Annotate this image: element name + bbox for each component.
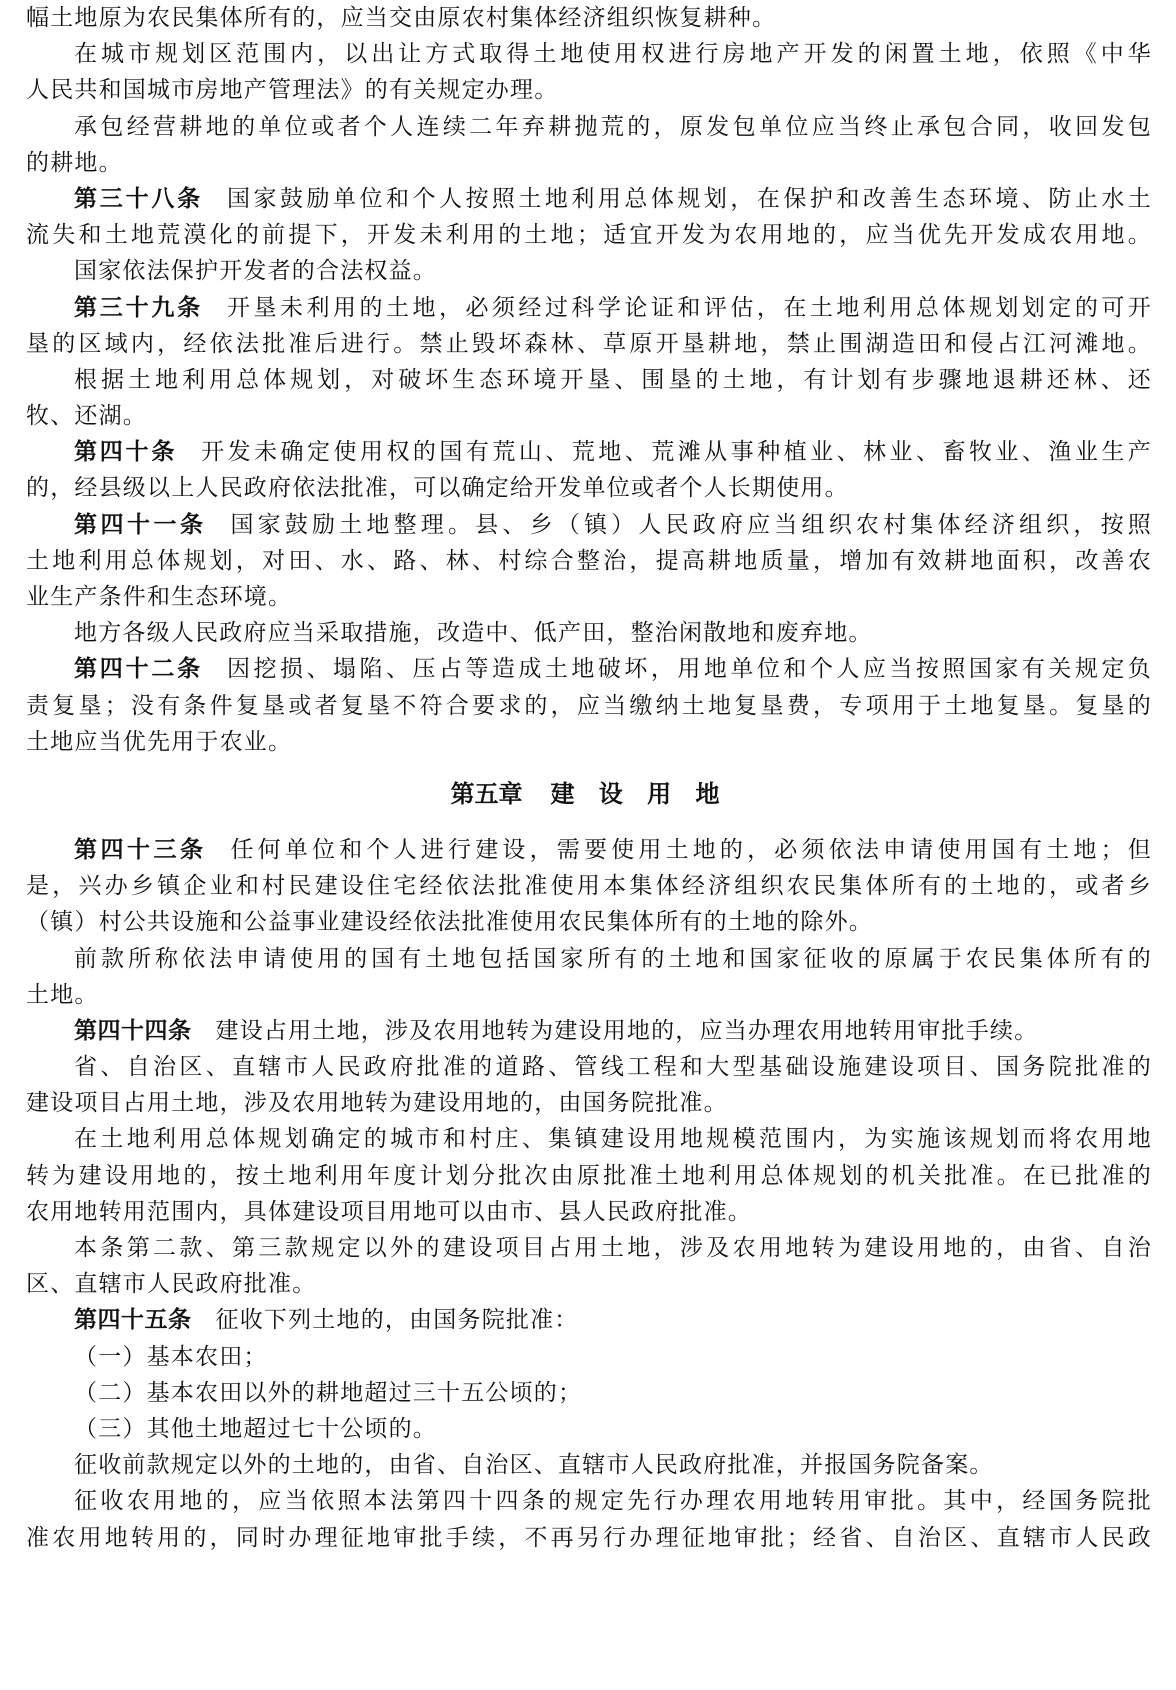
text-line: 在土地利用总体规划确定的城市和村庄、集镇建设用地规模范围内，为实施该规划而将农用… [26, 1121, 1152, 1157]
line-text: 开垦未利用的土地，必须经过科学论证和评估，在土地利用总体规划划定的可开 [227, 295, 1152, 321]
chapter-title: 建 设 用 地 [550, 780, 727, 808]
text-line: （二）基本农田以外的耕地超过三十五公顷的； [26, 1375, 1152, 1411]
line-text: 责复垦；没有条件复垦或者复垦不符合要求的，应当缴纳土地复垦费，专项用于土地复垦。… [26, 693, 1152, 719]
line-text: 的耕地。 [26, 150, 123, 176]
text-line: 土地利用总体规划，对田、水、路、林、村综合整治，提高耕地质量，增加有效耕地面积，… [26, 543, 1152, 579]
text-line: 国家依法保护开发者的合法权益。 [26, 253, 1152, 289]
article-line: 第四十条开发未确定使用权的国有荒山、荒地、荒滩从事种植业、林业、畜牧业、渔业生产 [26, 434, 1152, 470]
text-line: 是，兴办乡镇企业和村民建设住宅经依法批准使用本集体经济组织农民集体所有的土地的，… [26, 868, 1152, 904]
text-line: （一）基本农田； [26, 1339, 1152, 1375]
line-text: 垦的区域内，经依法批准后进行。禁止毁坏森林、草原开垦耕地，禁止围湖造田和侵占江河… [26, 331, 1152, 357]
article-line: 第四十二条因挖损、塌陷、压占等造成土地破坏，用地单位和个人应当按照国家有关规定负 [26, 651, 1152, 687]
line-text: 土地利用总体规划，对田、水、路、林、村综合整治，提高耕地质量，增加有效耕地面积，… [26, 548, 1152, 574]
line-text: 省、自治区、直辖市人民政府批准的道路、管线工程和大型基础设施建设项目、国务院批准… [74, 1054, 1152, 1080]
text-line: 的，经县级以上人民政府依法批准，可以确定给开发单位或者个人长期使用。 [26, 470, 1152, 506]
line-text: 国家鼓励土地整理。县、乡（镇）人民政府应当组织农村集体经济组织，按照 [230, 512, 1152, 538]
text-line: 省、自治区、直辖市人民政府批准的道路、管线工程和大型基础设施建设项目、国务院批准… [26, 1049, 1152, 1085]
line-text: （镇）村公共设施和公益事业建设经依法批准使用农民集体所有的土地的除外。 [26, 909, 873, 935]
text-line: 征收前款规定以外的土地的，由省、自治区、直辖市人民政府批准，并报国务院备案。 [26, 1447, 1152, 1483]
text-line: 地方各级人民政府应当采取措施，改造中、低产田，整治闲散地和废弃地。 [26, 615, 1152, 651]
line-text: 承包经营耕地的单位或者个人连续二年弃耕抛荒的，原发包单位应当终止承包合同，收回发… [74, 114, 1152, 140]
text-line: 土地应当优先用于农业。 [26, 724, 1152, 760]
line-text: （二）基本农田以外的耕地超过三十五公顷的； [74, 1380, 582, 1406]
text-line: 建设项目占用土地，涉及农用地转为建设用地的，由国务院批准。 [26, 1085, 1152, 1121]
line-text: 开发未确定使用权的国有荒山、荒地、荒滩从事种植业、林业、畜牧业、渔业生产 [201, 439, 1152, 465]
article-number: 第四十条 [74, 439, 177, 465]
text-line: 责复垦；没有条件复垦或者复垦不符合要求的，应当缴纳土地复垦费，专项用于土地复垦。… [26, 688, 1152, 724]
text-block-after-chapter: 第四十三条任何单位和个人进行建设，需要使用土地的，必须依法申请使用国有土地；但是… [26, 832, 1152, 1556]
article-line: 第三十九条开垦未利用的土地，必须经过科学论证和评估，在土地利用总体规划划定的可开 [26, 290, 1152, 326]
line-text: 是，兴办乡镇企业和村民建设住宅经依法批准使用本集体经济组织农民集体所有的土地的，… [26, 873, 1152, 899]
line-text: 前款所称依法申请使用的国有土地包括国家所有的土地和国家征收的原属于农民集体所有的 [74, 946, 1152, 972]
line-text: 准农用地转用的，同时办理征地审批手续，不再另行办理征地审批；经省、自治区、直辖市… [26, 1525, 1152, 1551]
article-line: 第四十一条国家鼓励土地整理。县、乡（镇）人民政府应当组织农村集体经济组织，按照 [26, 507, 1152, 543]
line-text: 流失和土地荒漠化的前提下，开发未利用的土地；适宜开发为农用地的，应当优先开发成农… [26, 222, 1152, 248]
article-number: 第四十一条 [74, 512, 206, 538]
text-line: 业生产条件和生态环境。 [26, 579, 1152, 615]
article-number: 第四十二条 [74, 656, 203, 682]
line-text: 在土地利用总体规划确定的城市和村庄、集镇建设用地规模范围内，为实施该规划而将农用… [74, 1126, 1152, 1152]
line-text: 转为建设用地的，按土地利用年度计划分批次由原批准土地利用总体规划的机关批准。在已… [26, 1163, 1152, 1189]
line-text: 牧、还湖。 [26, 403, 147, 429]
text-line: 前款所称依法申请使用的国有土地包括国家所有的土地和国家征收的原属于农民集体所有的 [26, 941, 1152, 977]
line-text: 根据土地利用总体规划，对破坏生态环境开垦、围垦的土地，有计划有步骤地退耕还林、还 [74, 367, 1152, 393]
line-text: 国家依法保护开发者的合法权益。 [74, 258, 437, 284]
text-line: 牧、还湖。 [26, 398, 1152, 434]
line-text: 因挖损、塌陷、压占等造成土地破坏，用地单位和个人应当按照国家有关规定负 [227, 656, 1152, 682]
text-line: 在城市规划区范围内，以出让方式取得土地使用权进行房地产开发的闲置土地，依照《中华 [26, 36, 1152, 72]
line-text: 人民共和国城市房地产管理法》的有关规定办理。 [26, 77, 558, 103]
text-line: 征收农用地的，应当依照本法第四十四条的规定先行办理农用地转用审批。其中，经国务院… [26, 1483, 1152, 1519]
chapter-number: 第五章 [450, 780, 522, 808]
document-page: 幅土地原为农民集体所有的，应当交由原农村集体经济组织恢复耕种。在城市规划区范围内… [26, 0, 1152, 1556]
line-text: 区、直辖市人民政府批准。 [26, 1271, 316, 1297]
text-line: 承包经营耕地的单位或者个人连续二年弃耕抛荒的，原发包单位应当终止承包合同，收回发… [26, 109, 1152, 145]
line-text: 征收前款规定以外的土地的，由省、自治区、直辖市人民政府批准，并报国务院备案。 [74, 1452, 994, 1478]
line-text: 业生产条件和生态环境。 [26, 584, 292, 610]
line-text: 建设项目占用土地，涉及农用地转为建设用地的，由国务院批准。 [26, 1090, 728, 1116]
text-block-before-chapter: 幅土地原为农民集体所有的，应当交由原农村集体经济组织恢复耕种。在城市规划区范围内… [26, 0, 1152, 760]
article-number: 第四十五条 [74, 1307, 192, 1333]
article-line: 第三十八条国家鼓励单位和个人按照土地利用总体规划，在保护和改善生态环境、防止水土 [26, 181, 1152, 217]
line-text: 农用地转用范围内，具体建设项目用地可以由市、县人民政府批准。 [26, 1199, 752, 1225]
article-line: 第四十三条任何单位和个人进行建设，需要使用土地的，必须依法申请使用国有土地；但 [26, 832, 1152, 868]
article-line: 第四十五条征收下列土地的，由国务院批准： [26, 1302, 1152, 1338]
article-line: 第四十四条建设占用土地，涉及农用地转为建设用地的，应当办理农用地转用审批手续。 [26, 1013, 1152, 1049]
line-text: 幅土地原为农民集体所有的，应当交由原农村集体经济组织恢复耕种。 [26, 5, 776, 31]
text-line: 的耕地。 [26, 145, 1152, 181]
line-text: （三）其他土地超过七十公顷的。 [74, 1416, 437, 1442]
line-text: 的，经县级以上人民政府依法批准，可以确定给开发单位或者个人长期使用。 [26, 475, 849, 501]
text-line: （三）其他土地超过七十公顷的。 [26, 1411, 1152, 1447]
article-number: 第四十四条 [74, 1018, 192, 1044]
text-line: （镇）村公共设施和公益事业建设经依法批准使用农民集体所有的土地的除外。 [26, 904, 1152, 940]
text-line: 转为建设用地的，按土地利用年度计划分批次由原批准土地利用总体规划的机关批准。在已… [26, 1158, 1152, 1194]
line-text: 地方各级人民政府应当采取措施，改造中、低产田，整治闲散地和废弃地。 [74, 620, 873, 646]
line-text: 任何单位和个人进行建设，需要使用土地的，必须依法申请使用国有土地；但 [230, 837, 1152, 863]
line-text: 在城市规划区范围内，以出让方式取得土地使用权进行房地产开发的闲置土地，依照《中华 [74, 41, 1152, 67]
line-text: 征收农用地的，应当依照本法第四十四条的规定先行办理农用地转用审批。其中，经国务院… [74, 1488, 1152, 1514]
text-line: 农用地转用范围内，具体建设项目用地可以由市、县人民政府批准。 [26, 1194, 1152, 1230]
text-line: 人民共和国城市房地产管理法》的有关规定办理。 [26, 72, 1152, 108]
chapter-heading: 第五章建 设 用 地 [26, 764, 1152, 824]
text-line: 本条第二款、第三款规定以外的建设项目占用土地，涉及农用地转为建设用地的，由省、自… [26, 1230, 1152, 1266]
text-line: 准农用地转用的，同时办理征地审批手续，不再另行办理征地审批；经省、自治区、直辖市… [26, 1520, 1152, 1556]
line-text: 土地。 [26, 982, 99, 1008]
article-number: 第三十九条 [74, 295, 203, 321]
line-text: （一）基本农田； [74, 1344, 268, 1370]
text-line: 根据土地利用总体规划，对破坏生态环境开垦、围垦的土地，有计划有步骤地退耕还林、还 [26, 362, 1152, 398]
text-line: 流失和土地荒漠化的前提下，开发未利用的土地；适宜开发为农用地的，应当优先开发成农… [26, 217, 1152, 253]
line-text: 土地应当优先用于农业。 [26, 729, 292, 755]
line-text: 本条第二款、第三款规定以外的建设项目占用土地，涉及农用地转为建设用地的，由省、自… [74, 1235, 1152, 1261]
text-line: 幅土地原为农民集体所有的，应当交由原农村集体经济组织恢复耕种。 [26, 0, 1152, 36]
article-number: 第三十八条 [74, 186, 203, 212]
text-line: 垦的区域内，经依法批准后进行。禁止毁坏森林、草原开垦耕地，禁止围湖造田和侵占江河… [26, 326, 1152, 362]
text-line: 土地。 [26, 977, 1152, 1013]
line-text: 建设占用土地，涉及农用地转为建设用地的，应当办理农用地转用审批手续。 [216, 1018, 1039, 1044]
line-text: 征收下列土地的，由国务院批准： [216, 1307, 579, 1333]
text-line: 区、直辖市人民政府批准。 [26, 1266, 1152, 1302]
line-text: 国家鼓励单位和个人按照土地利用总体规划，在保护和改善生态环境、防止水土 [227, 186, 1152, 212]
article-number: 第四十三条 [74, 837, 206, 863]
